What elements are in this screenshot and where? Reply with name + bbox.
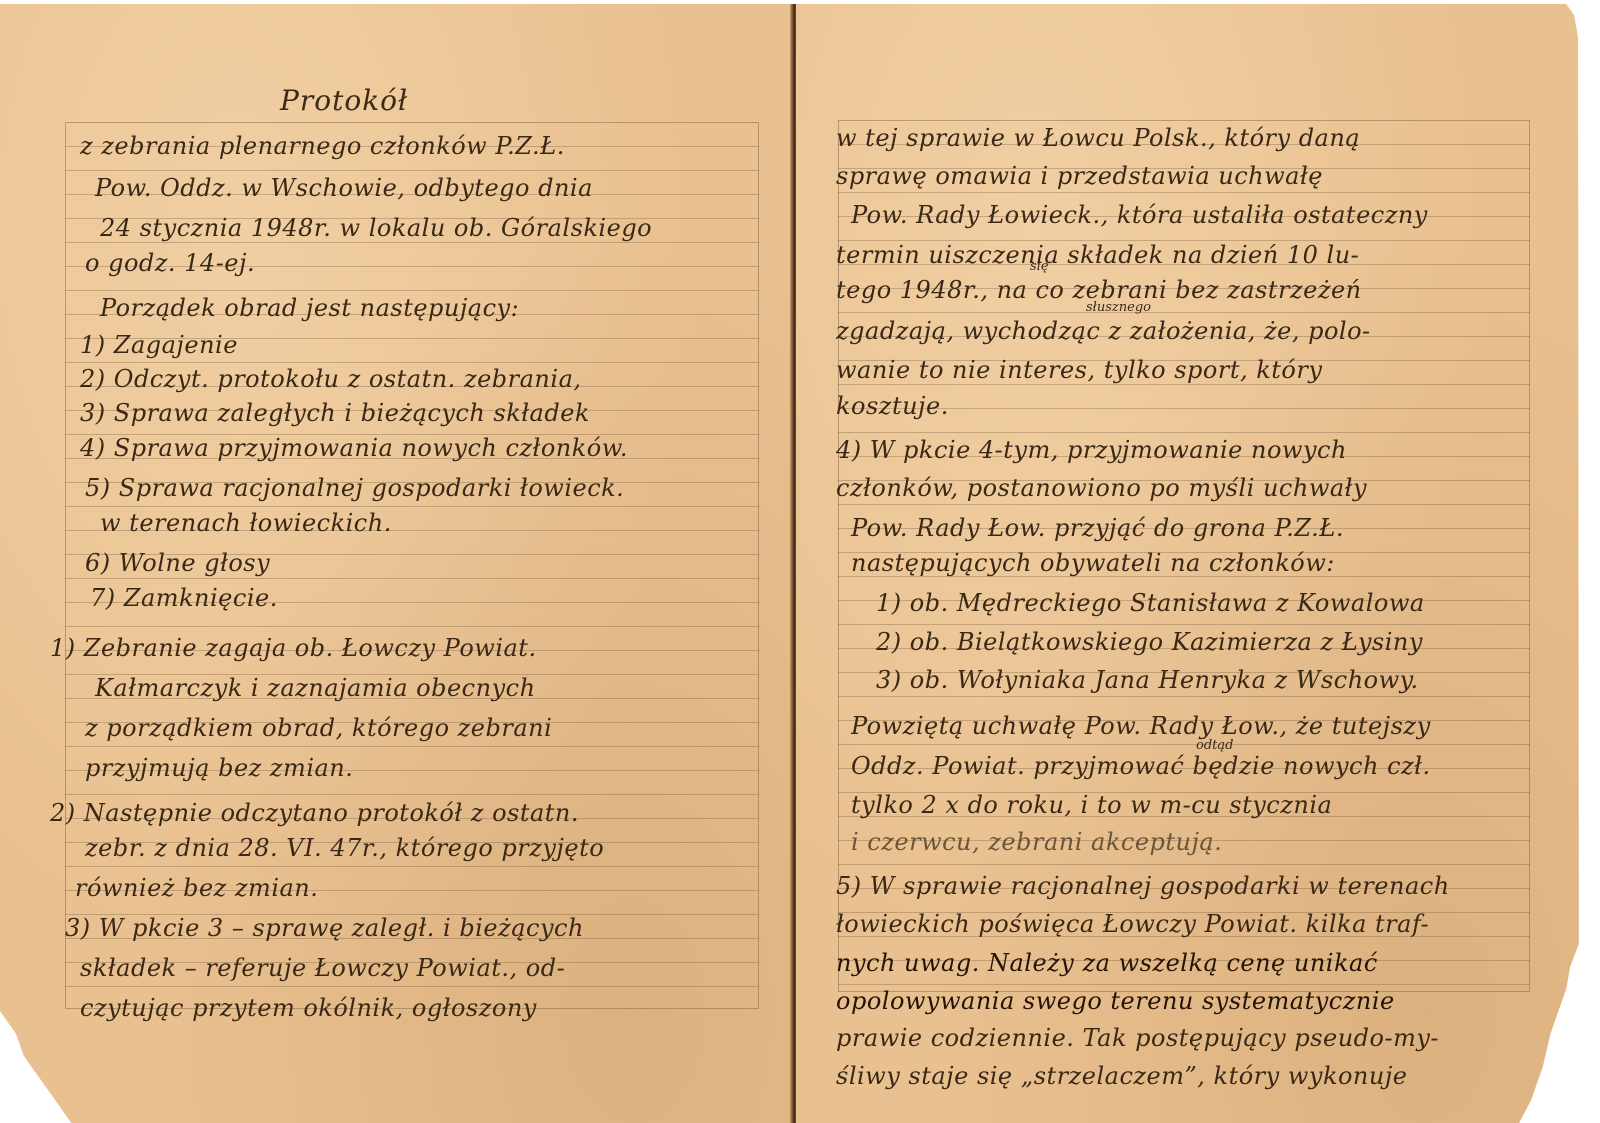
document-title: Protokół	[280, 84, 408, 117]
text-line: i czerwcu, zebrani akceptują.	[851, 828, 1222, 856]
text-line: następujących obywateli na członków:	[851, 549, 1335, 577]
text-line: w tej sprawie w Łowcu Polsk., który daną	[836, 124, 1360, 152]
text-line: śliwy staje się „strzelaczem”, który wyk…	[836, 1062, 1408, 1090]
text-line: Oddz. Powiat. przyjmować będzie nowych c…	[851, 752, 1431, 780]
text-line: wanie to nie interes, tylko sport, który	[836, 356, 1322, 384]
text-line: czytując przytem okólnik, ogłoszony	[80, 994, 537, 1022]
text-line: prawie codziennie. Tak postępujący pseud…	[836, 1024, 1439, 1052]
left-page: Protokół z zebrania plenarnego członków …	[0, 4, 792, 1123]
text-line: również bez zmian.	[75, 874, 318, 902]
text-line: nych uwag. Należy za wszelką cenę unikać	[836, 949, 1378, 977]
text-line: zebr. z dnia 28. VI. 47r., którego przyj…	[85, 834, 604, 862]
agenda-item: 7) Zamknięcie.	[90, 584, 278, 612]
text-line: z zebrania plenarnego członków P.Z.Ł.	[80, 132, 565, 160]
text-line: 2) Następnie odczytano protokół z ostatn…	[50, 799, 579, 827]
agenda-item: 6) Wolne głosy	[85, 549, 270, 577]
agenda-item: 1) Zagajenie	[80, 331, 238, 359]
agenda-item: 4) Sprawa przyjmowania nowych członków.	[80, 434, 628, 462]
text-line: opolowywania swego terenu systematycznie	[836, 987, 1395, 1015]
text-line: 3) W pkcie 3 – sprawę zaległ. i bieżącyc…	[65, 914, 584, 942]
member-list-item: 2) ob. Bielątkowskiego Kazimierza z Łysi…	[876, 628, 1423, 656]
text-line: z porządkiem obrad, którego zebrani	[85, 714, 552, 742]
text-line: Kałmarczyk i zaznajamia obecnych	[95, 674, 536, 702]
text-line: Powziętą uchwałę Pow. Rady Łow., że tute…	[851, 712, 1431, 740]
text-line: 1) Zebranie zagaja ob. Łowczy Powiat.	[50, 634, 537, 662]
text-line: termin uiszczenia składek na dzień 10 lu…	[836, 241, 1359, 269]
right-page: w tej sprawie w Łowcu Polsk., który daną…	[796, 4, 1582, 1123]
text-line: łowieckich poświęca Łowczy Powiat. kilka…	[836, 910, 1429, 938]
member-list-item: 1) ob. Mędreckiego Stanisława z Kowalowa	[876, 589, 1425, 617]
text-line: o godz. 14-ej.	[85, 249, 255, 277]
agenda-item: 2) Odczyt. protokołu z ostatn. zebrania,	[80, 365, 582, 393]
insertion-note: słusznego	[1086, 300, 1151, 315]
insertion-note: się	[1030, 259, 1049, 274]
text-line: Pow. Oddz. w Wschowie, odbytego dnia	[95, 174, 593, 202]
insertion-note: odtąd	[1196, 738, 1233, 753]
text-line: członków, postanowiono po myśli uchwały	[836, 474, 1367, 502]
text-line: kosztuje.	[836, 392, 949, 420]
notebook-spread: Protokół z zebrania plenarnego członków …	[0, 0, 1600, 1123]
text-line: zgadzają, wychodząc z założenia, że, pol…	[836, 317, 1371, 345]
text-line: tylko 2 x do roku, i to w m-cu stycznia	[851, 791, 1332, 819]
agenda-item: 5) Sprawa racjonalnej gospodarki łowieck…	[85, 474, 624, 502]
agenda-item: w terenach łowieckich.	[100, 509, 392, 537]
member-list-item: 3) ob. Wołyniaka Jana Henryka z Wschowy.	[876, 666, 1419, 694]
agenda-item: 3) Sprawa zaległych i bieżących składek	[80, 399, 590, 427]
text-line: 5) W sprawie racjonalnej gospodarki w te…	[836, 872, 1450, 900]
text-line: Pow. Rady Łow. przyjąć do grona P.Z.Ł.	[851, 514, 1344, 542]
text-line: sprawę omawia i przedstawia uchwałę	[836, 162, 1323, 190]
text-line: przyjmują bez zmian.	[85, 754, 353, 782]
text-line: Pow. Rady Łowieck., która ustaliła ostat…	[851, 201, 1428, 229]
text-line: 4) W pkcie 4-tym, przyjmowanie nowych	[836, 436, 1347, 464]
text-line: 24 stycznia 1948r. w lokalu ob. Góralski…	[100, 214, 652, 242]
text-line: składek – referuje Łowczy Powiat., od-	[80, 954, 565, 982]
text-line: Porządek obrad jest następujący:	[100, 294, 519, 322]
